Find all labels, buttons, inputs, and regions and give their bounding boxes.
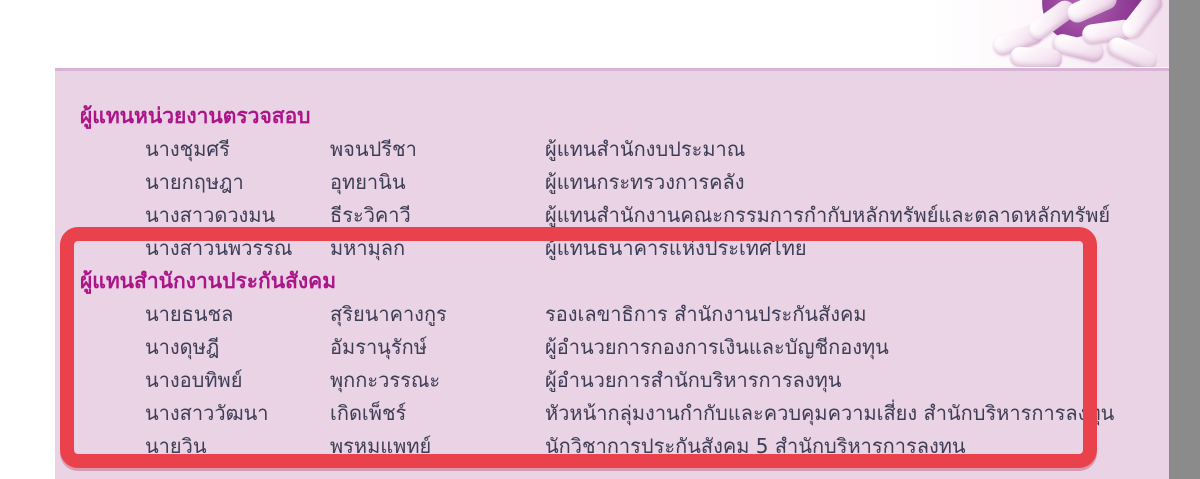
attendee-row: นายกฤษฎา อุทยานิน ผู้แทนกระทรวงการคลัง (145, 166, 1169, 199)
attendee-first-name: นายวิน (145, 430, 330, 463)
attendee-row: นางชุมศรี พจนปรีชา ผู้แทนสำนักงบประมาณ (145, 133, 1169, 166)
attendee-last-name: พรหมแพทย์ (330, 430, 545, 463)
attendee-first-name: นางชุมศรี (145, 133, 330, 166)
section-heading: ผู้แทนสำนักงานประกันสังคม (80, 265, 1169, 298)
pill-graphic (1104, 34, 1160, 67)
attendee-position: ผู้แทนธนาคารแห่งประเทศไทย (545, 232, 1169, 265)
attendee-position: ผู้อำนวยการสำนักบริหารการลงทุน (545, 364, 1169, 397)
pill-graphic (1009, 46, 1062, 67)
right-gray-strip (1169, 0, 1200, 479)
attendee-row: นายวิน พรหมแพทย์ นักวิชาการประกันสังคม 5… (145, 430, 1169, 463)
attendee-row: นางอบทิพย์ พุกกะวรรณะ ผู้อำนวยการสำนักบร… (145, 364, 1169, 397)
attendee-row: นางสาววัฒนา เกิดเพ็ชร์ หัวหน้ากลุ่มงานกำ… (145, 397, 1169, 430)
pills-photo (930, 0, 1169, 67)
attendee-row: นางสาวดวงมน ธีระวิคาวี ผู้แทนสำนักงานคณะ… (145, 199, 1169, 232)
attendee-last-name: อัมรานุรักษ์ (330, 331, 545, 364)
attendee-first-name: นายธนชล (145, 298, 330, 331)
attendee-first-name: นางอบทิพย์ (145, 364, 330, 397)
attendee-last-name: สุริยนาคางกูร (330, 298, 545, 331)
attendee-row: นายธนชล สุริยนาคางกูร รองเลขาธิการ สำนัก… (145, 298, 1169, 331)
attendee-row: นางสาวนพวรรณ มหามุลก ผู้แทนธนาคารแห่งประ… (145, 232, 1169, 265)
attendee-list: ผู้แทนหน่วยงานตรวจสอบ นางชุมศรี พจนปรีชา… (55, 100, 1169, 463)
attendee-position: ผู้แทนสำนักงบประมาณ (545, 133, 1169, 166)
attendee-last-name: ธีระวิคาวี (330, 199, 545, 232)
attendee-last-name: อุทยานิน (330, 166, 545, 199)
attendee-first-name: นางสาวนพวรรณ (145, 232, 330, 265)
attendee-position: ผู้แทนสำนักงานคณะกรรมการกำกับหลักทรัพย์แ… (545, 199, 1169, 232)
attendee-last-name: เกิดเพ็ชร์ (330, 397, 545, 430)
attendee-position: หัวหน้ากลุ่มงานกำกับและควบคุมความเสี่ยง … (545, 397, 1169, 430)
attendee-last-name: พจนปรีชา (330, 133, 545, 166)
attendee-position: ผู้แทนกระทรวงการคลัง (545, 166, 1169, 199)
attendee-position: ผู้อำนวยการกองการเงินและบัญชีกองทุน (545, 331, 1169, 364)
attendee-position: รองเลขาธิการ สำนักงานประกันสังคม (545, 298, 1169, 331)
attendee-first-name: นางสาวดวงมน (145, 199, 330, 232)
attendee-position: นักวิชาการประกันสังคม 5 สำนักบริหารการลง… (545, 430, 1169, 463)
attendee-first-name: นางดุษฎี (145, 331, 330, 364)
attendee-last-name: พุกกะวรรณะ (330, 364, 545, 397)
section-heading: ผู้แทนหน่วยงานตรวจสอบ (80, 100, 1169, 133)
attendee-last-name: มหามุลก (330, 232, 545, 265)
attendee-first-name: นางสาววัฒนา (145, 397, 330, 430)
document-panel: ผู้แทนหน่วยงานตรวจสอบ นางชุมศรี พจนปรีชา… (55, 68, 1169, 479)
attendee-first-name: นายกฤษฎา (145, 166, 330, 199)
attendee-row: นางดุษฎี อัมรานุรักษ์ ผู้อำนวยการกองการเ… (145, 331, 1169, 364)
